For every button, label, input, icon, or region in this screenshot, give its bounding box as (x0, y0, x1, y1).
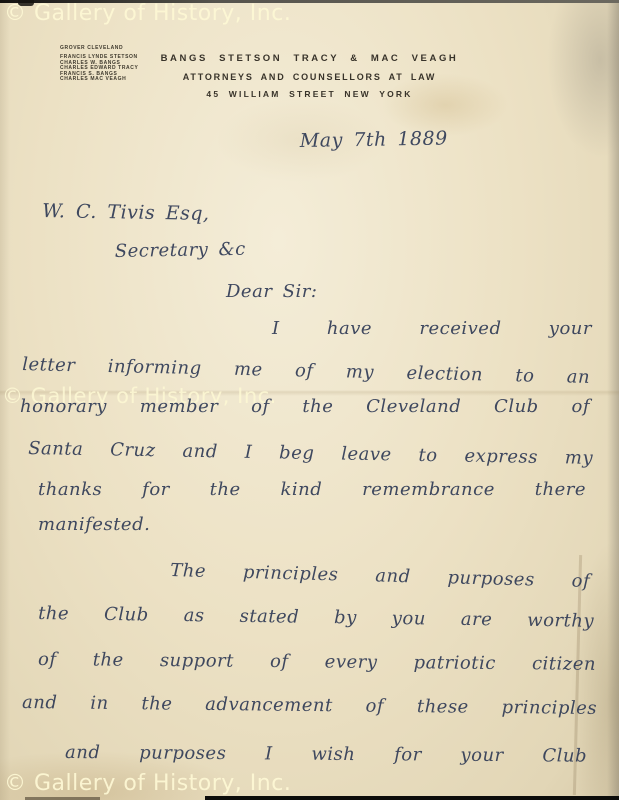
letterhead-address: 45 WILLIAM STREET NEW YORK (0, 89, 619, 99)
body-line-2: letter informing me of my election to an (22, 354, 590, 388)
watermark-bottom: © Gallery of History, Inc. (4, 771, 291, 796)
scan-edge-top-mark (18, 0, 34, 6)
letterhead-subtitle: ATTORNEYS AND COUNSELLORS AT LAW (0, 72, 619, 82)
salutation-line: Dear Sir: (226, 281, 317, 302)
scan-edge-bottom (205, 796, 619, 800)
body-line-3: honorary member of the Cleveland Club of (20, 396, 590, 417)
body-line-8: the Club as stated by you are worthy (38, 603, 594, 632)
body-line-1: I have received your (272, 318, 592, 339)
letterhead-firm-block: BANGS STETSON TRACY & MAC VEAGH ATTORNEY… (0, 53, 619, 99)
watermark-top: © Gallery of History, Inc. (4, 1, 291, 26)
body-line-9: of the support of every patriotic citize… (38, 649, 596, 675)
letterhead-firm-name: BANGS STETSON TRACY & MAC VEAGH (0, 53, 619, 64)
date-line: May 7th 1889 (300, 127, 448, 152)
partner-name: GROVER CLEVELAND (60, 46, 138, 51)
scan-edge-top (0, 0, 619, 3)
body-line-7: The principles and purposes of (170, 560, 590, 592)
body-line-6: manifested. (38, 514, 150, 535)
body-line-11: and purposes I wish for your Club (65, 742, 587, 767)
recipient-title-line: Secretary &c (115, 239, 246, 262)
letter-page: © Gallery of History, Inc. © Gallery of … (0, 0, 619, 800)
recipient-line: W. C. Tivis Esq, (42, 200, 210, 225)
body-line-4: Santa Cruz and I beg leave to express my (28, 438, 593, 469)
body-line-5: thanks for the kind remembrance there (38, 479, 586, 500)
body-line-10: and in the advancement of these principl… (22, 692, 597, 719)
